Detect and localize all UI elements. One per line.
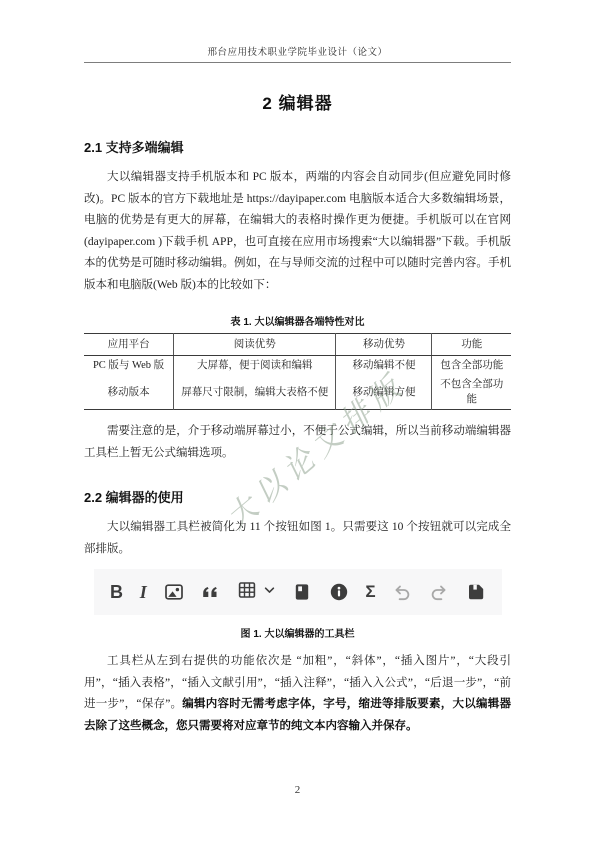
paragraph-formula-note: 需要注意的是，介于移动端屏幕过小，不便于公式编辑，所以当前移动端编辑器工具栏上暂… bbox=[84, 421, 511, 464]
paragraph-multi-device: 大以编辑器支持手机版本和 PC 版本，两端的内容会自动同步(但应避免同时修改)。… bbox=[84, 167, 511, 296]
cell-platform: 移动版本 bbox=[84, 375, 174, 410]
citation-book-icon bbox=[292, 582, 312, 602]
cell-function: 不包含全部功能 bbox=[432, 375, 511, 410]
table-header-row: 应用平台 阅读优势 移动优势 功能 bbox=[84, 334, 511, 356]
insert-table-icon bbox=[237, 580, 257, 605]
feature-comparison-table: 应用平台 阅读优势 移动优势 功能 PC 版与 Web 版 大屏幕，便于阅读和编… bbox=[84, 333, 511, 410]
document-page: 大以论文排版 邢台应用技术职业学院毕业设计（论文） 2 编辑器 2.1 支持多端… bbox=[0, 0, 595, 842]
annotation-info-icon bbox=[329, 582, 349, 602]
column-header-reading: 阅读优势 bbox=[174, 334, 336, 356]
figure-caption: 图 1. 大以编辑器的工具栏 bbox=[84, 625, 511, 640]
table-row: PC 版与 Web 版 大屏幕，便于阅读和编辑 移动编辑不便 包含全部功能 bbox=[84, 356, 511, 376]
insert-image-icon bbox=[164, 582, 184, 602]
insert-table-dropdown bbox=[237, 580, 275, 605]
page-content: 邢台应用技术职业学院毕业设计（论文） 2 编辑器 2.1 支持多端编辑 大以编辑… bbox=[0, 0, 595, 737]
section-heading-2-2: 2.2 编辑器的使用 bbox=[84, 487, 511, 506]
chapter-title: 2 编辑器 bbox=[84, 89, 511, 114]
cell-function: 包含全部功能 bbox=[432, 356, 511, 376]
toolbar-screenshot-figure: B I bbox=[94, 569, 502, 615]
paragraph-toolbar-functions: 工具栏从左到右提供的功能依次是 “加粗”，“斜体”，“插入图片”，“大段引用”，… bbox=[84, 651, 511, 737]
section-heading-2-1: 2.1 支持多端编辑 bbox=[84, 137, 511, 156]
column-header-platform: 应用平台 bbox=[84, 334, 174, 356]
paragraph-toolbar-intro: 大以编辑器工具栏被简化为 11 个按钮如图 1。只需要这 10 个按钮就可以完成… bbox=[84, 517, 511, 560]
bold-icon: B bbox=[110, 582, 123, 603]
save-icon bbox=[466, 582, 486, 602]
redo-icon bbox=[429, 582, 449, 602]
table-caption: 表 1. 大以编辑器各端特性对比 bbox=[84, 313, 511, 328]
cell-reading: 屏幕尺寸限制，编辑大表格不便 bbox=[174, 375, 336, 410]
cell-mobility: 移动编辑不便 bbox=[336, 356, 432, 376]
column-header-mobility: 移动优势 bbox=[336, 334, 432, 356]
undo-icon bbox=[392, 582, 412, 602]
cell-platform: PC 版与 Web 版 bbox=[84, 356, 174, 376]
running-header: 邢台应用技术职业学院毕业设计（论文） bbox=[84, 44, 511, 63]
page-number: 2 bbox=[0, 784, 595, 796]
table-row: 移动版本 屏幕尺寸限制，编辑大表格不便 移动编辑方便 不包含全部功能 bbox=[84, 375, 511, 410]
cell-reading: 大屏幕，便于阅读和编辑 bbox=[174, 356, 336, 376]
column-header-function: 功能 bbox=[432, 334, 511, 356]
italic-icon: I bbox=[140, 582, 147, 603]
blockquote-icon bbox=[200, 582, 220, 602]
formula-sigma-icon: Σ bbox=[365, 582, 375, 602]
chevron-down-icon bbox=[264, 583, 275, 601]
cell-mobility: 移动编辑方便 bbox=[336, 375, 432, 410]
